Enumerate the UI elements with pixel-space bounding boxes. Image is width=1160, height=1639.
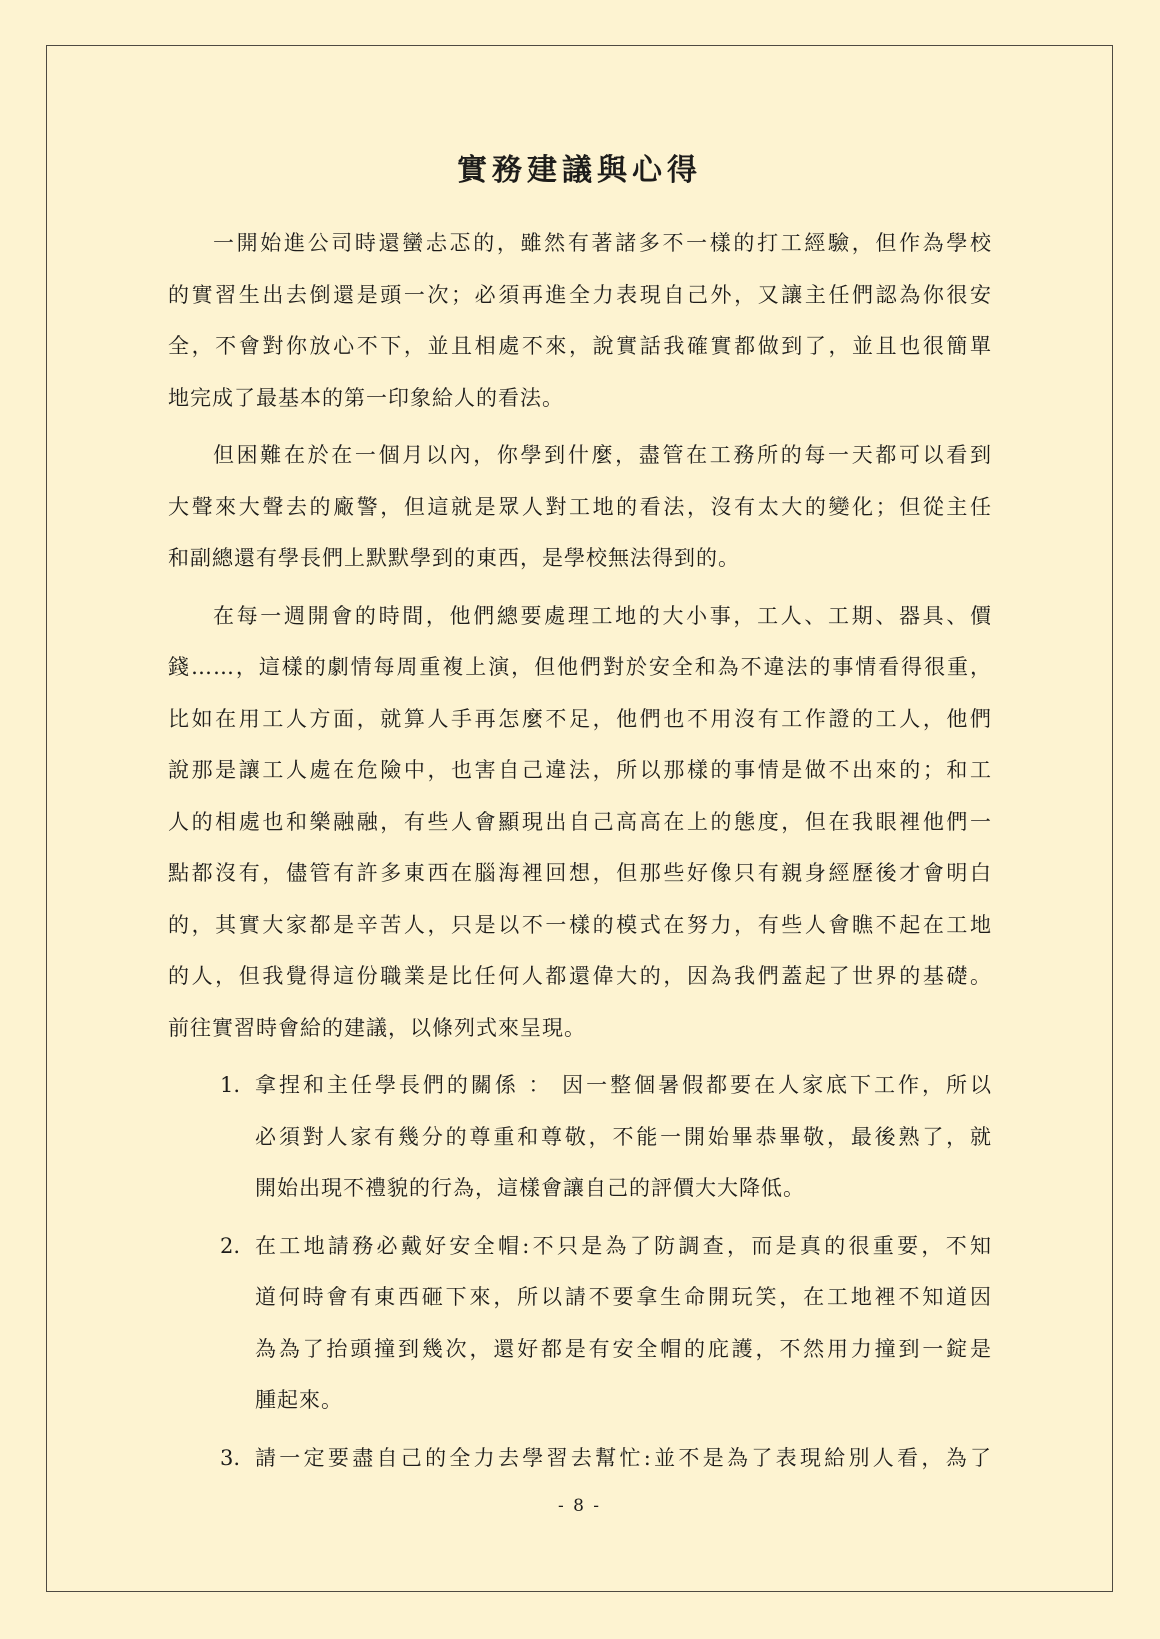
text-line: 請一定要盡自己的全力去學習去幫忙:並不是為了表現給別人看，為了 xyxy=(255,1433,992,1485)
text-line: 前往實習時會給的建議，以條列式來呈現。 xyxy=(168,1003,992,1055)
page-border-frame: 實務建議與心得 一開始進公司時還蠻忐忑的，雖然有著諸多不一樣的打工經驗，但作為學… xyxy=(46,45,1113,1592)
text-line: 在每一週開會的時間，他們總要處理工地的大小事，工人、工期、器具、價 xyxy=(168,591,992,643)
list-item-number: 2. xyxy=(220,1221,240,1273)
text-line: 和副總還有學長們上默默學到的東西，是學校無法得到的。 xyxy=(168,533,992,585)
document-body: 一開始進公司時還蠻忐忑的，雖然有著諸多不一樣的打工經驗，但作為學校 的實習生出去… xyxy=(168,218,992,1484)
text-line: 的，其實大家都是辛苦人，只是以不一樣的模式在努力，有些人會瞧不起在工地 xyxy=(168,900,992,952)
paragraph: 但困難在於在一個月以內，你學到什麼，盡管在工務所的每一天都可以看到 大聲來大聲去… xyxy=(168,430,992,585)
page-number: - 8 - xyxy=(47,1496,1112,1516)
text-line: 說那是讓工人處在危險中，也害自己違法，所以那樣的事情是做不出來的；和工 xyxy=(168,745,992,797)
text-line: 的實習生出去倒還是頭一次；必須再進全力表現自己外，又讓主任們認為你很安 xyxy=(168,270,992,322)
text-line: 道何時會有東西砸下來，所以請不要拿生命開玩笑，在工地裡不知道因 xyxy=(255,1272,992,1324)
text-line: 比如在用工人方面，就算人手再怎麼不足，他們也不用沒有工作證的工人，他們 xyxy=(168,694,992,746)
list-item: 2. 在工地請務必戴好安全帽:不只是為了防調查，而是真的很重要，不知 道何時會有… xyxy=(168,1221,992,1427)
text-line: 大聲來大聲去的廠警，但這就是眾人對工地的看法，沒有太大的變化；但從主任 xyxy=(168,482,992,534)
text-line: 地完成了最基本的第一印象給人的看法。 xyxy=(168,373,992,425)
list-item: 1. 拿捏和主任學長們的關係 ： 因一整個暑假都要在人家底下工作，所以 必須對人… xyxy=(168,1060,992,1215)
list-item-number: 1. xyxy=(220,1060,240,1112)
paragraph: 一開始進公司時還蠻忐忑的，雖然有著諸多不一樣的打工經驗，但作為學校 的實習生出去… xyxy=(168,218,992,424)
list-item: 3. 請一定要盡自己的全力去學習去幫忙:並不是為了表現給別人看，為了 xyxy=(168,1433,992,1485)
list-item-number: 3. xyxy=(220,1433,240,1485)
text-line: 為為了抬頭撞到幾次，還好都是有安全帽的庇護，不然用力撞到一錠是 xyxy=(255,1324,992,1376)
text-line: 拿捏和主任學長們的關係 ： 因一整個暑假都要在人家底下工作，所以 xyxy=(255,1060,992,1112)
page-title: 實務建議與心得 xyxy=(47,154,1112,188)
text-line: 但困難在於在一個月以內，你學到什麼，盡管在工務所的每一天都可以看到 xyxy=(168,430,992,482)
list-item-text: 拿捏和主任學長們的關係 ： 因一整個暑假都要在人家底下工作，所以 必須對人家有幾… xyxy=(255,1060,992,1215)
list-item-text: 請一定要盡自己的全力去學習去幫忙:並不是為了表現給別人看，為了 xyxy=(255,1433,992,1485)
text-line: 一開始進公司時還蠻忐忑的，雖然有著諸多不一樣的打工經驗，但作為學校 xyxy=(168,218,992,270)
paragraph: 在每一週開會的時間，他們總要處理工地的大小事，工人、工期、器具、價 錢……，這樣… xyxy=(168,591,992,1055)
text-line: 全，不會對你放心不下，並且相處不來，說實話我確實都做到了，並且也很簡單 xyxy=(168,321,992,373)
text-line: 點都沒有，儘管有許多東西在腦海裡回想，但那些好像只有親身經歷後才會明白 xyxy=(168,848,992,900)
text-line: 在工地請務必戴好安全帽:不只是為了防調查，而是真的很重要，不知 xyxy=(255,1221,992,1273)
text-line: 開始出現不禮貌的行為，這樣會讓自己的評價大大降低。 xyxy=(255,1163,992,1215)
list-item-text: 在工地請務必戴好安全帽:不只是為了防調查，而是真的很重要，不知 道何時會有東西砸… xyxy=(255,1221,992,1427)
text-line: 的人，但我覺得這份職業是比任何人都還偉大的，因為我們蓋起了世界的基礎。 xyxy=(168,951,992,1003)
text-line: 必須對人家有幾分的尊重和尊敬，不能一開始畢恭畢敬，最後熟了，就 xyxy=(255,1112,992,1164)
text-line: 腫起來。 xyxy=(255,1375,992,1427)
text-line: 人的相處也和樂融融，有些人會顯現出自己高高在上的態度，但在我眼裡他們一 xyxy=(168,797,992,849)
text-line: 錢……，這樣的劇情每周重複上演，但他們對於安全和為不違法的事情看得很重， xyxy=(168,642,992,694)
